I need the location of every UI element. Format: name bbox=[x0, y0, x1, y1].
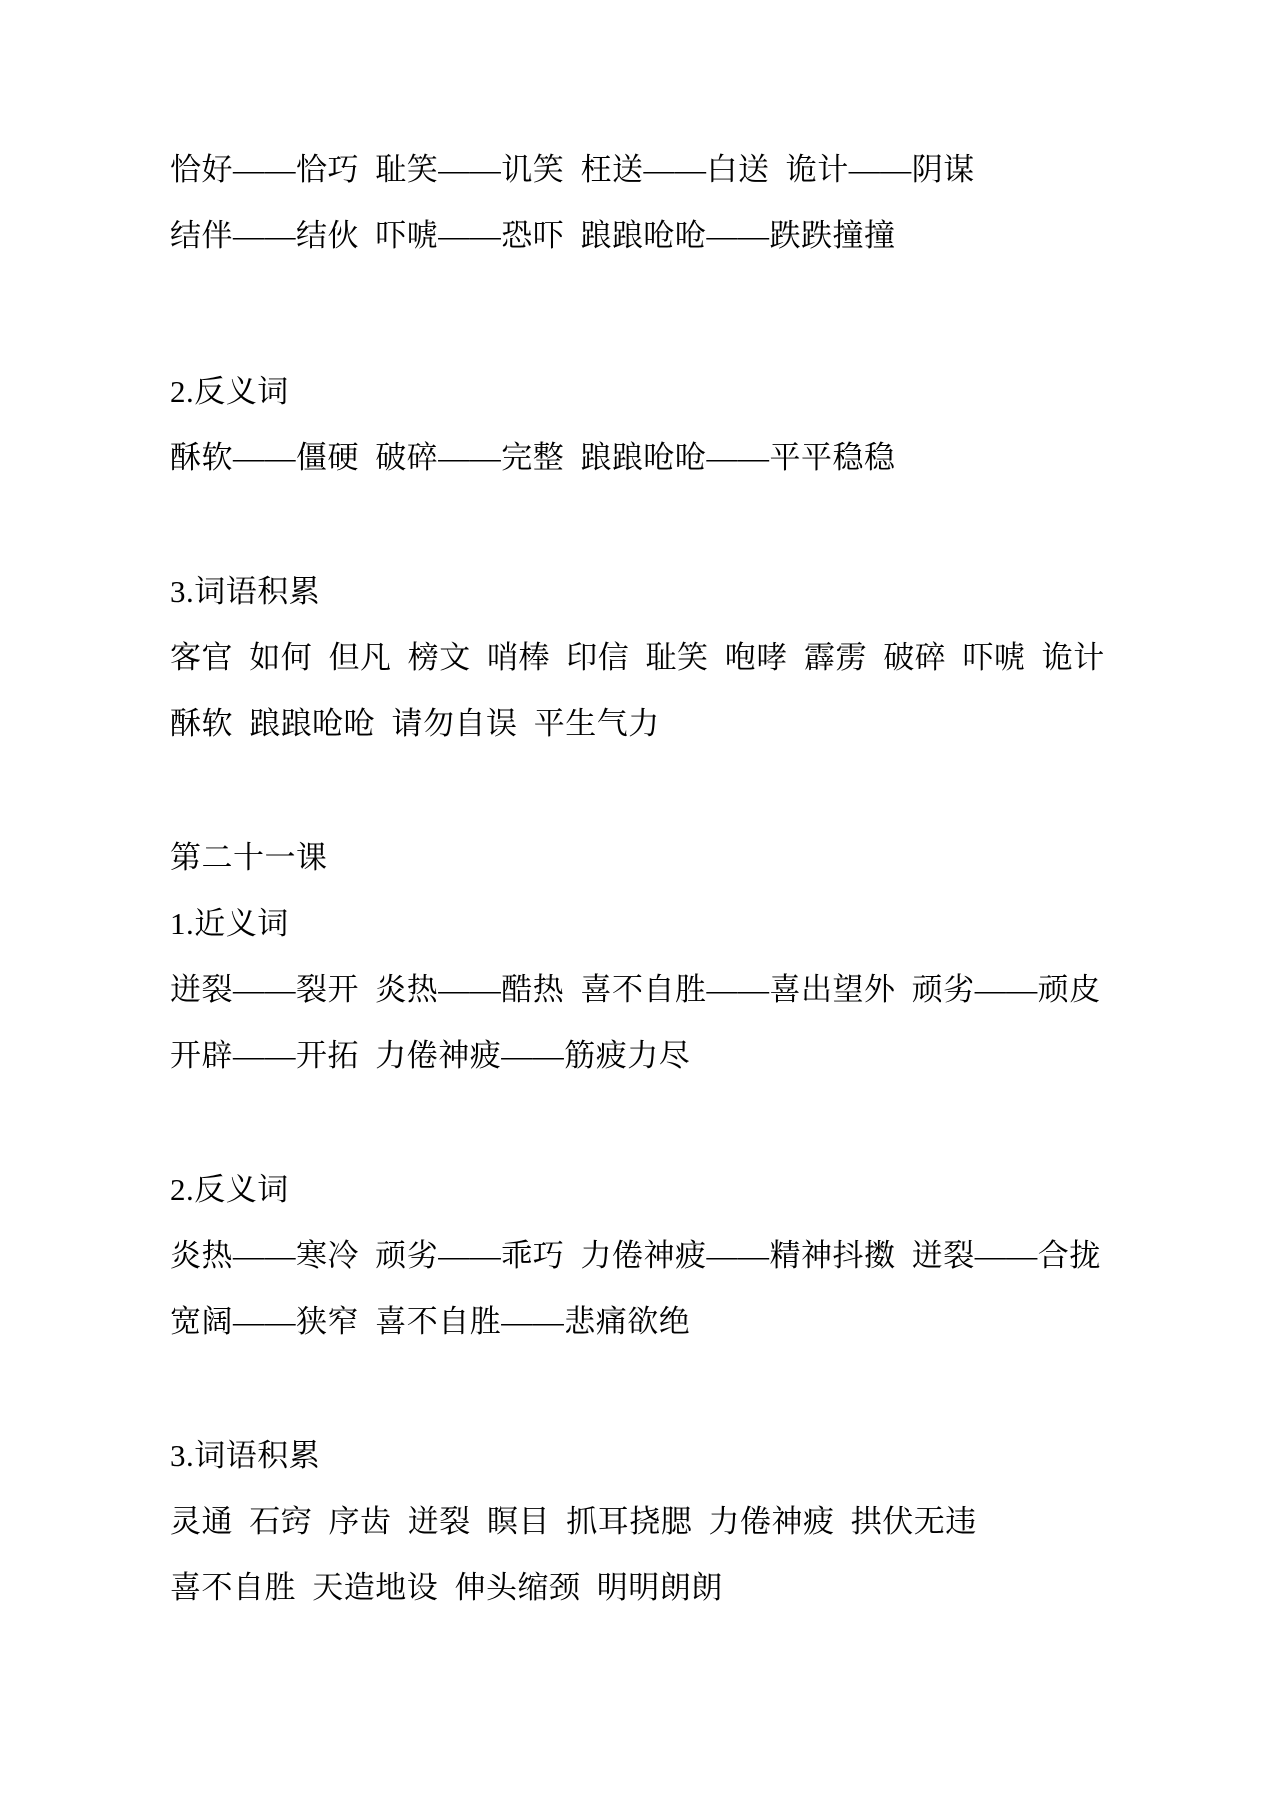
section-heading: 3.词语积累 bbox=[170, 1423, 1132, 1489]
section-word-accumulation-lesson20: 3.词语积累 客官 如何 但凡 榜文 哨棒 印信 耻笑 咆哮 霹雳 破碎 吓唬 … bbox=[170, 559, 1132, 757]
section-synonyms-lesson21: 1.近义词 迸裂——裂开 炎热——酷热 喜不自胜——喜出望外 顽劣——顽皮 开辟… bbox=[170, 891, 1132, 1089]
word-pairs-line: 开辟——开拓 力倦神疲——筋疲力尽 bbox=[170, 1023, 1132, 1089]
section-antonyms-lesson20: 2.反义词 酥软——僵硬 破碎——完整 踉踉呛呛——平平稳稳 bbox=[170, 359, 1132, 491]
section-lesson-21-title: 第二十一课 bbox=[170, 825, 1132, 891]
word-pairs-line: 迸裂——裂开 炎热——酷热 喜不自胜——喜出望外 顽劣——顽皮 bbox=[170, 957, 1132, 1023]
section-heading: 3.词语积累 bbox=[170, 559, 1132, 625]
word-pairs-line: 结伴——结伙 吓唬——恐吓 踉踉呛呛——跌跌撞撞 bbox=[170, 203, 1132, 269]
word-list-line: 酥软 踉踉呛呛 请勿自误 平生气力 bbox=[170, 691, 1132, 757]
word-list-line: 灵通 石窍 序齿 迸裂 瞑目 抓耳挠腮 力倦神疲 拱伏无违 bbox=[170, 1489, 1132, 1555]
section-heading: 2.反义词 bbox=[170, 359, 1132, 425]
lesson-title: 第二十一课 bbox=[170, 825, 1132, 891]
word-list-line: 客官 如何 但凡 榜文 哨棒 印信 耻笑 咆哮 霹雳 破碎 吓唬 诡计 bbox=[170, 625, 1132, 691]
document-page: 恰好——恰巧 耻笑——讥笑 枉送——白送 诡计——阴谋 结伴——结伙 吓唬——恐… bbox=[0, 0, 1272, 1797]
word-list-line: 喜不自胜 天造地设 伸头缩颈 明明朗朗 bbox=[170, 1555, 1132, 1621]
section-antonyms-lesson21: 2.反义词 炎热——寒冷 顽劣——乖巧 力倦神疲——精神抖擞 迸裂——合拢 宽阔… bbox=[170, 1157, 1132, 1355]
word-pairs-line: 宽阔——狭窄 喜不自胜——悲痛欲绝 bbox=[170, 1289, 1132, 1355]
section-heading: 1.近义词 bbox=[170, 891, 1132, 957]
section-heading: 2.反义词 bbox=[170, 1157, 1132, 1223]
word-pairs-line: 恰好——恰巧 耻笑——讥笑 枉送——白送 诡计——阴谋 bbox=[170, 137, 1132, 203]
word-pairs-line: 炎热——寒冷 顽劣——乖巧 力倦神疲——精神抖擞 迸裂——合拢 bbox=[170, 1223, 1132, 1289]
word-pairs-line: 酥软——僵硬 破碎——完整 踉踉呛呛——平平稳稳 bbox=[170, 425, 1132, 491]
section-synonym-pairs-continued: 恰好——恰巧 耻笑——讥笑 枉送——白送 诡计——阴谋 结伴——结伙 吓唬——恐… bbox=[170, 137, 1132, 269]
section-word-accumulation-lesson21: 3.词语积累 灵通 石窍 序齿 迸裂 瞑目 抓耳挠腮 力倦神疲 拱伏无违 喜不自… bbox=[170, 1423, 1132, 1621]
